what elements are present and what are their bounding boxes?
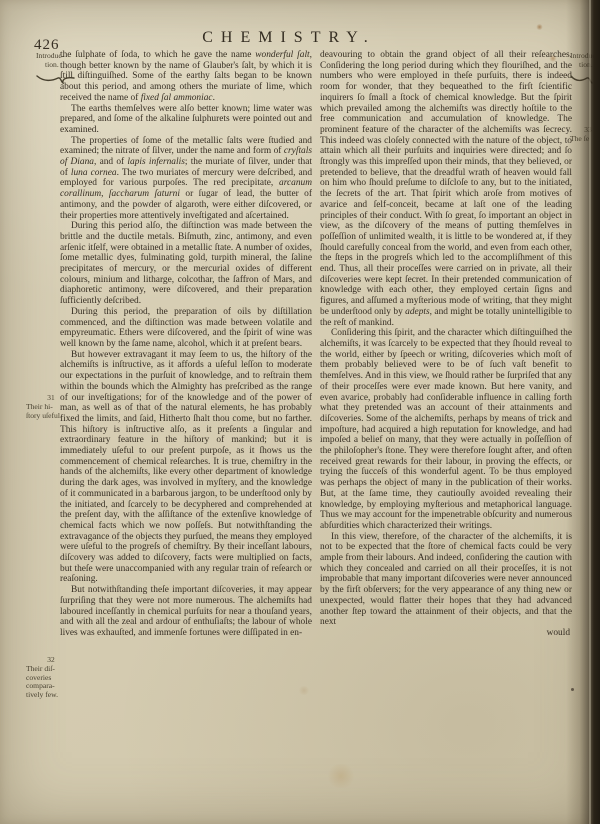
paragraph: deavouring to obtain the grand object of… (320, 50, 572, 328)
paragraph: During this period, the preparation of o… (60, 307, 312, 350)
brace-swash-icon (36, 72, 76, 84)
paragraph: But however extravagant it may ſeem to u… (60, 350, 312, 585)
paragraph: The earths themſelves were alſo better k… (60, 104, 312, 136)
catchword: would (320, 628, 572, 639)
right-column: deavouring to obtain the grand object of… (320, 50, 572, 762)
margin-note-line: tion. (36, 61, 72, 70)
margin-note-introduction-left: Introduc- tion. (36, 52, 72, 84)
book-page: 426 CHEMISTRY. the ſulphate of ſoda, to … (0, 0, 600, 824)
margin-note-line: tion. (570, 61, 596, 70)
paragraph: The properties of ſome of the metallic ſ… (60, 136, 312, 222)
page-title: CHEMISTRY. (0, 29, 570, 47)
margin-note-introduction-right: Introduc- tion. (570, 52, 596, 84)
foxing-spot (326, 764, 356, 788)
paragraph: Conſidering this ſpirit, and the charact… (320, 328, 572, 531)
paragraph: But notwithſtanding theſe important diſc… (60, 585, 312, 639)
paragraph: During this period alſo, the diſtinction… (60, 221, 312, 307)
margin-note-line: ſtory uſeful. (26, 412, 66, 421)
margin-note-line: The ſe (570, 135, 596, 144)
paragraph: the ſulphate of ſoda, to which he gave t… (60, 50, 312, 104)
page-edge-highlight (589, 0, 591, 824)
left-column: the ſulphate of ſoda, to which he gave t… (60, 50, 312, 762)
margin-note-31: 31 Their hi- ſtory uſeful. (26, 394, 66, 420)
brace-swash-icon (570, 72, 596, 84)
margin-note-32: 32 Their diſ- coveries compara- tively f… (26, 656, 66, 700)
margin-note-33: 33 The ſe (570, 126, 596, 144)
paragraph: In this view, therefore, of the characte… (320, 532, 572, 628)
text-columns: the ſulphate of ſoda, to which he gave t… (60, 50, 572, 762)
margin-note-line: tively few. (26, 691, 66, 700)
